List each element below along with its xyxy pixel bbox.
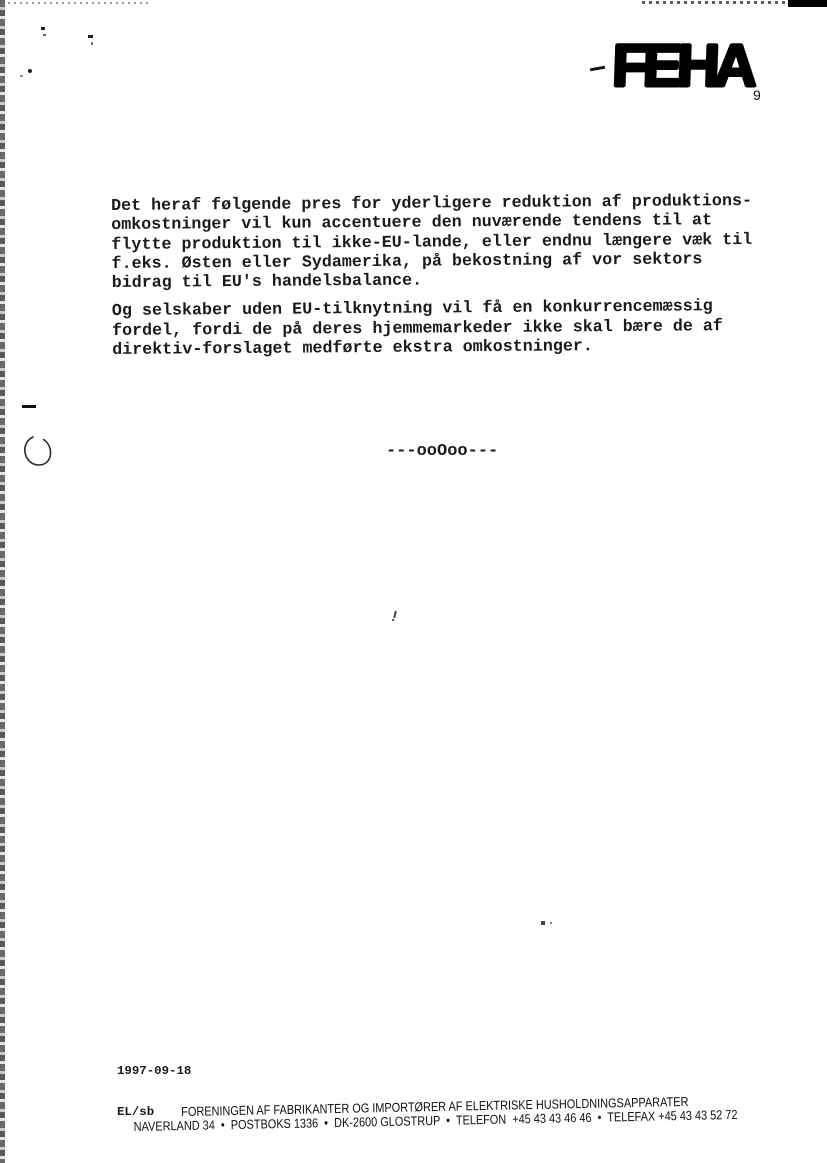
scan-speck (541, 921, 545, 925)
scan-edge-top-dotted-left (8, 2, 152, 4)
scan-speck (28, 69, 32, 73)
section-divider: ---ooOoo--- (386, 442, 498, 461)
letter-body: Det heraf følgende pres for yderligere r… (111, 192, 753, 360)
page-number: 9 (753, 87, 761, 103)
scan-speck (43, 34, 46, 36)
body-paragraph-2: Og selskaber uden EU-tilknytning vil få … (112, 297, 753, 360)
scan-edge-top-corner-bar (788, 0, 827, 7)
scan-speck (41, 27, 45, 30)
body-paragraph-1: Det heraf følgende pres for yderligere r… (111, 192, 753, 294)
scanned-letter-page: FEHA 9 Det heraf følgende pres for yderl… (0, 0, 827, 1163)
margin-dash-mark (22, 405, 36, 408)
scan-edge-top-dotted-right (642, 1, 788, 4)
scan-speck (88, 35, 93, 38)
feha-logo: FEHA (611, 36, 752, 96)
scan-speck (91, 42, 93, 45)
scan-speck (392, 619, 394, 621)
pen-dash-mark (590, 66, 605, 72)
handwritten-circle-mark (22, 434, 56, 475)
scan-edge-left-artifact (0, 0, 5, 1163)
scan-speck (550, 922, 552, 924)
date-stamp: 1997-09-18 (117, 1065, 191, 1079)
scan-speck (393, 611, 397, 618)
scan-speck (20, 75, 23, 77)
